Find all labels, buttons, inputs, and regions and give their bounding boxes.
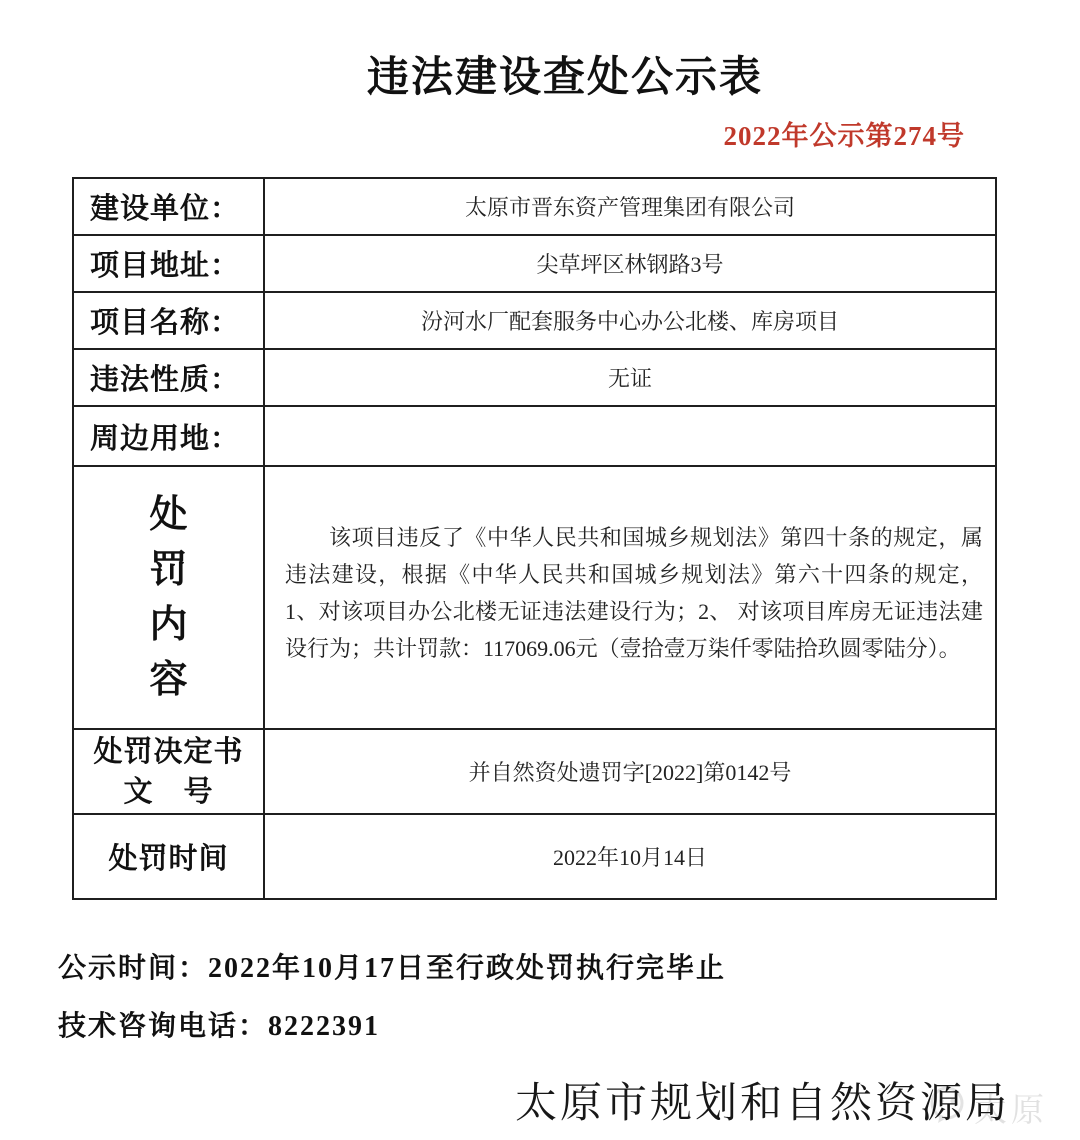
- penalty-content-label: 处 罚 内 容: [73, 466, 264, 729]
- penalty-label-char: 内: [149, 606, 187, 644]
- table-row: 周边用地：: [73, 406, 996, 466]
- row-label-project-address: 项目地址：: [73, 235, 264, 292]
- agency-name: 太原市规划和自然资源局: [515, 1081, 1010, 1127]
- table-row: 项目地址： 尖草坪区林钢路3号: [73, 235, 996, 292]
- table-row: 建设单位： 太原市晋东资产管理集团有限公司: [73, 178, 996, 235]
- penalty-content-cell: 该项目违反了《中华人民共和国城乡规划法》第四十条的规定，属违法建设，根据《中华人…: [264, 466, 996, 729]
- penalty-time-value: 2022年10月14日: [264, 814, 996, 899]
- penalty-time-label: 处罚时间: [73, 814, 264, 899]
- row-value-violation-nature: 无证: [264, 349, 996, 406]
- table-row-penalty-time: 处罚时间 2022年10月14日: [73, 814, 996, 899]
- notice-table: 建设单位： 太原市晋东资产管理集团有限公司 项目地址： 尖草坪区林钢路3号 项目…: [72, 177, 997, 900]
- decision-doc-label: 处罚决定书 文 号: [73, 729, 264, 814]
- decision-doc-label-lines: 处罚决定书 文 号: [74, 732, 263, 812]
- consult-phone-text: 技术咨询电话：8222391: [58, 1004, 1080, 1044]
- decision-doc-value: 并自然资处遗罚字[2022]第0142号: [264, 729, 996, 814]
- table-row: 项目名称： 汾河水厂配套服务中心办公北楼、库房项目: [73, 292, 996, 349]
- page-title: 违法建设查处公示表: [50, 44, 1080, 104]
- row-value-project-name: 汾河水厂配套服务中心办公北楼、库房项目: [264, 292, 996, 349]
- decision-doc-label-line2: 文 号: [123, 772, 213, 812]
- decision-doc-label-line1: 处罚决定书: [93, 732, 243, 772]
- row-label-construction-unit: 建设单位：: [73, 178, 264, 235]
- row-value-project-address: 尖草坪区林钢路3号: [264, 235, 996, 292]
- doc-number-row: 2022年公示第274号: [0, 114, 995, 153]
- publicity-time-text: 公示时间：2022年10月17日至行政处罚执行完毕止: [58, 946, 1080, 986]
- row-label-violation-nature: 违法性质：: [73, 349, 264, 406]
- doc-number: 2022年公示第274号: [724, 121, 966, 151]
- row-value-surrounding-land: [264, 406, 996, 466]
- table-row-decision-doc: 处罚决定书 文 号 并自然资处遗罚字[2022]第0142号: [73, 729, 996, 814]
- page-header: 违法建设查处公示表: [50, 44, 1080, 104]
- penalty-content-text: 该项目违反了《中华人民共和国城乡规划法》第四十条的规定，属违法建设，根据《中华人…: [285, 519, 983, 667]
- table-row: 违法性质： 无证: [73, 349, 996, 406]
- penalty-content-label-stack: 处 罚 内 容: [74, 496, 263, 699]
- table-row-penalty-content: 处 罚 内 容 该项目违反了《中华人民共和国城乡规划法》第四十条的规定，属违法建…: [73, 466, 996, 729]
- penalty-label-char: 罚: [149, 551, 187, 589]
- agency-row: 太原 太原市规划和自然资源局: [0, 1070, 1010, 1140]
- penalty-label-char: 处: [149, 496, 187, 534]
- row-value-construction-unit: 太原市晋东资产管理集团有限公司: [264, 178, 996, 235]
- penalty-label-char: 容: [149, 661, 187, 699]
- row-label-project-name: 项目名称：: [73, 292, 264, 349]
- row-label-surrounding-land: 周边用地：: [73, 406, 264, 466]
